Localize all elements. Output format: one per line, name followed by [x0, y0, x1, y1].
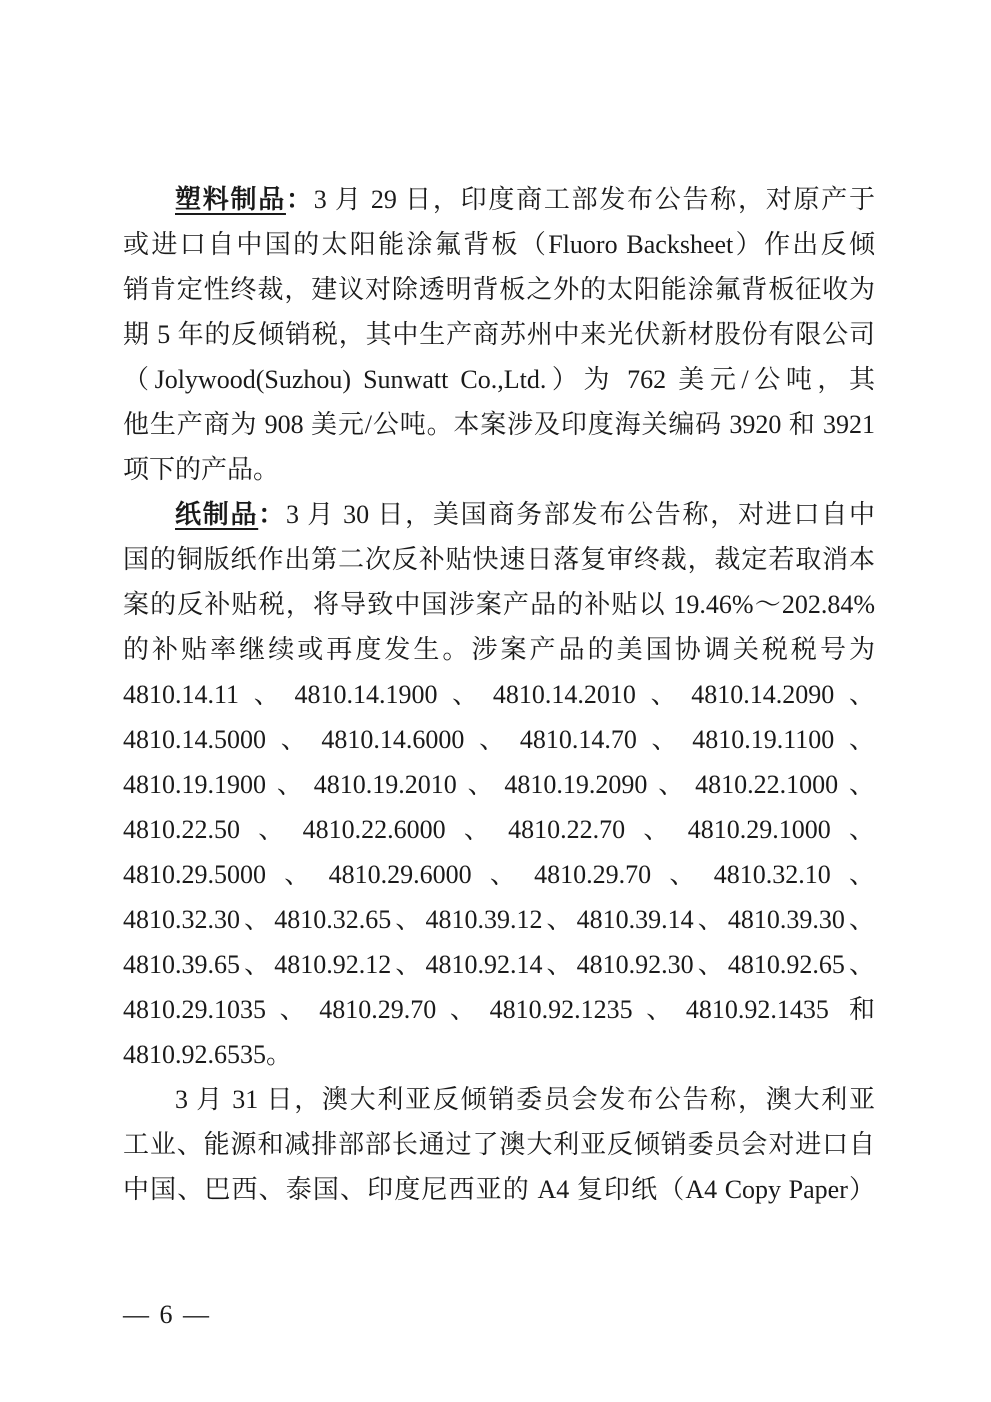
- text-line: （Jolywood(Suzhou) Sunwatt Co.,Ltd.）为 762…: [123, 357, 875, 402]
- text-line: 中国、巴西、泰国、印度尼西亚的 A4 复印纸（A4 Copy Paper）: [123, 1167, 875, 1212]
- paragraph-plastic-products: 塑料制品：3 月 29 日，印度商工部发布公告称，对原产于或进口自中国的太阳能涂…: [123, 177, 875, 492]
- text-line: 4810.22.50、4810.22.6000、4810.22.70、4810.…: [123, 807, 875, 852]
- text-line: 4810.32.30、4810.32.65、4810.39.12、4810.39…: [123, 897, 875, 942]
- page-number: — 6 —: [123, 1292, 211, 1337]
- text-line: 4810.92.6535。: [123, 1032, 875, 1077]
- text-line: 他生产商为 908 美元/公吨。本案涉及印度海关编码 3920 和 3921: [123, 402, 875, 447]
- section-lead: 纸制品：: [175, 499, 286, 529]
- text-line: 或进口自中国的太阳能涂氟背板（Fluoro Backsheet）作出反倾: [123, 222, 875, 267]
- text-line: 4810.29.1035、4810.29.70、4810.92.1235、481…: [123, 987, 875, 1032]
- text-line: 4810.39.65、4810.92.12、4810.92.14、4810.92…: [123, 942, 875, 987]
- text-line: 期 5 年的反倾销税，其中生产商苏州中来光伏新材股份有限公司: [123, 312, 875, 357]
- text-line: 4810.14.11、4810.14.1900、4810.14.2010、481…: [123, 672, 875, 717]
- text-line: 国的铜版纸作出第二次反补贴快速日落复审终裁，裁定若取消本: [123, 537, 875, 582]
- paragraph-australia-a4-copy-paper: 3 月 31 日，澳大利亚反倾销委员会发布公告称，澳大利亚工业、能源和减排部部长…: [123, 1077, 875, 1212]
- text-line: 4810.29.5000、4810.29.6000、4810.29.70、481…: [123, 852, 875, 897]
- text-line: 案的反补贴税，将导致中国涉案产品的补贴以 19.46%～202.84%: [123, 582, 875, 627]
- paragraph-paper-products: 纸制品：3 月 30 日，美国商务部发布公告称，对进口自中国的铜版纸作出第二次反…: [123, 492, 875, 1077]
- text-line: 3 月 31 日，澳大利亚反倾销委员会发布公告称，澳大利亚: [123, 1077, 875, 1122]
- text-line: 工业、能源和减排部部长通过了澳大利亚反倾销委员会对进口自: [123, 1122, 875, 1167]
- section-lead-title: 塑料制品: [175, 184, 286, 214]
- text-line: 的补贴率继续或再度发生。涉案产品的美国协调关税税号为: [123, 627, 875, 672]
- section-lead-colon: ：: [258, 499, 286, 529]
- section-lead-colon: ：: [286, 184, 314, 214]
- document-body: 塑料制品：3 月 29 日，印度商工部发布公告称，对原产于或进口自中国的太阳能涂…: [123, 177, 875, 1212]
- text-line: 销肯定性终裁，建议对除透明背板之外的太阳能涂氟背板征收为: [123, 267, 875, 312]
- section-lead-title: 纸制品: [175, 499, 258, 529]
- text-line: 4810.14.5000、4810.14.6000、4810.14.70、481…: [123, 717, 875, 762]
- section-lead: 塑料制品：: [175, 184, 314, 214]
- document-page: 塑料制品：3 月 29 日，印度商工部发布公告称，对原产于或进口自中国的太阳能涂…: [0, 0, 991, 1402]
- text-line: 塑料制品：3 月 29 日，印度商工部发布公告称，对原产于: [123, 177, 875, 222]
- text-line: 项下的产品。: [123, 447, 875, 492]
- text-line: 纸制品：3 月 30 日，美国商务部发布公告称，对进口自中: [123, 492, 875, 537]
- text-line: 4810.19.1900、4810.19.2010、4810.19.2090、4…: [123, 762, 875, 807]
